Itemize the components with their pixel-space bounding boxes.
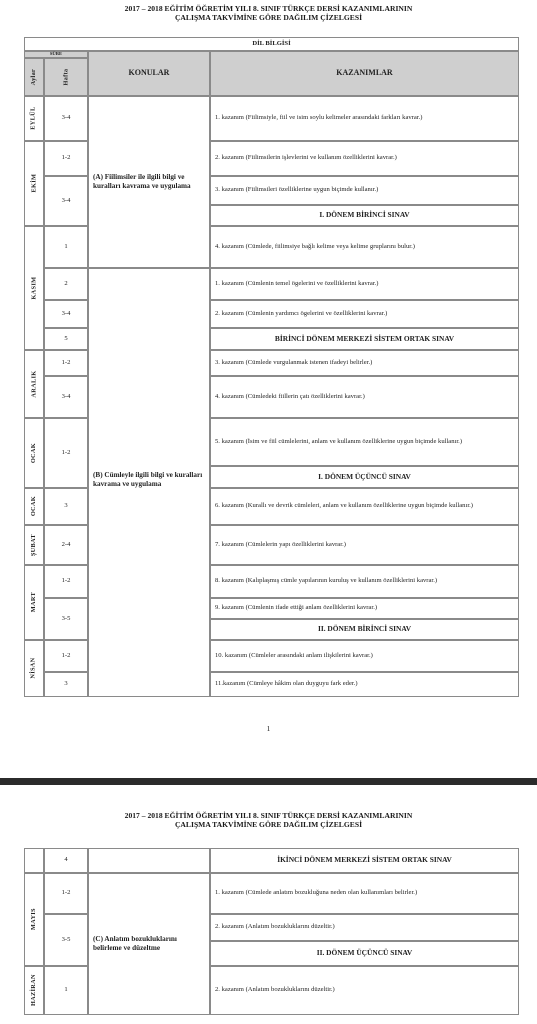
page-separator	[0, 778, 537, 785]
header-aylar-label: Aylar	[30, 69, 38, 85]
month-cell: ŞUBAT	[24, 525, 44, 565]
month-cell: HAZİRAN	[24, 966, 44, 1015]
header-kazanimlar: KAZANIMLAR	[210, 51, 519, 96]
week-cell: 3-4	[44, 300, 88, 328]
topic-cell: (C) Anlatım bozukluklarını belirleme ve …	[88, 873, 210, 1015]
week-cell: 1-2	[44, 565, 88, 598]
kazanim-cell: 2. kazanım (Anlatım bozukluklarını düzel…	[210, 966, 519, 1015]
exam-row: I. DÖNEM BİRİNCİ SINAV	[210, 205, 519, 226]
month-cell-label: MART	[30, 592, 38, 612]
document-title-line1-page2: 2017 – 2018 EĞİTİM ÖĞRETİM YILI 8. SINIF…	[0, 811, 537, 820]
header-aylar: Aylar	[24, 58, 44, 96]
month-cell: NİSAN	[24, 640, 44, 697]
header-hafta-label: Hafta	[62, 69, 70, 86]
topic-cell: (A) Fiilimsiler ile ilgili bilgi ve kura…	[88, 96, 210, 268]
kazanim-cell: 9. kazanım (Cümlenin ifade ettiği anlam …	[210, 598, 519, 619]
topic-cell-empty	[88, 848, 210, 873]
kazanim-cell: 5. kazanım (İsim ve fiil cümlelerini, an…	[210, 418, 519, 466]
exam-row: BİRİNCİ DÖNEM MERKEZİ SİSTEM ORTAK SINAV	[210, 328, 519, 350]
month-cell-label: MAYIS	[30, 909, 38, 931]
month-cell-label: EYLÜL	[30, 107, 38, 130]
topic-cell: (B) Cümleyle ilgili bilgi ve kuralları k…	[88, 268, 210, 697]
month-cell-empty	[24, 848, 44, 873]
week-cell: 3-5	[44, 598, 88, 640]
month-cell: KASIM	[24, 226, 44, 350]
week-cell: 1-2	[44, 873, 88, 914]
exam-row: II. DÖNEM ÜÇÜNCÜ SINAV	[210, 941, 519, 966]
month-cell: MART	[24, 565, 44, 640]
month-cell-label: EKİM	[30, 174, 38, 193]
kazanim-cell: 1. kazanım (Cümlede anlatım bozukluğuna …	[210, 873, 519, 914]
month-cell: ARALIK	[24, 350, 44, 418]
month-cell: MAYIS	[24, 873, 44, 966]
kazanim-cell: 6. kazanım (Kurallı ve devrik cümleleri,…	[210, 488, 519, 525]
week-cell: 3-4	[44, 176, 88, 226]
kazanim-cell: 1. kazanım (Fiilimsiyle, fiil ve isim so…	[210, 96, 519, 141]
kazanim-cell: 11.kazanım (Cümleye hâkim olan duyguyu f…	[210, 672, 519, 697]
month-cell: EKİM	[24, 141, 44, 226]
exam-row: İKİNCİ DÖNEM MERKEZİ SİSTEM ORTAK SINAV	[210, 848, 519, 873]
document-title-line2-page2: ÇALIŞMA TAKVİMİNE GÖRE DAĞILIM ÇİZELGESİ	[0, 820, 537, 829]
month-cell-label: KASIM	[30, 277, 38, 300]
kazanim-cell: 4. kazanım (Cümlede, fiilimsiye bağlı ke…	[210, 226, 519, 268]
week-cell: 2	[44, 268, 88, 300]
month-cell: EYLÜL	[24, 96, 44, 141]
kazanim-cell: 2. kazanım (Anlatım bozukluklarını düzel…	[210, 914, 519, 941]
page-number: 1	[0, 724, 537, 733]
week-cell: 3-4	[44, 376, 88, 418]
month-cell: OCAK	[24, 488, 44, 525]
week-cell: 3-5	[44, 914, 88, 966]
week-cell: 3-4	[44, 96, 88, 141]
exam-row: I. DÖNEM ÜÇÜNCÜ SINAV	[210, 466, 519, 488]
kazanim-cell: 1. kazanım (Cümlenin temel ögelerini ve …	[210, 268, 519, 300]
month-cell-label: NİSAN	[30, 658, 38, 679]
kazanim-cell: 7. kazanım (Cümlelerin yapı özelliklerin…	[210, 525, 519, 565]
month-cell-label: OCAK	[30, 443, 38, 463]
month-cell: OCAK	[24, 418, 44, 488]
kazanim-cell: 2. kazanım (Fiilimsilerin işlevlerini ve…	[210, 141, 519, 176]
week-cell: 1-2	[44, 640, 88, 672]
exam-row: II. DÖNEM BİRİNCİ SINAV	[210, 619, 519, 640]
kazanim-cell: 3. kazanım (Cümlede vurgulanmak istenen …	[210, 350, 519, 376]
week-cell: 1-2	[44, 418, 88, 488]
kazanim-cell: 3. kazanım (Fiilimsileri özelliklerine u…	[210, 176, 519, 205]
document-title-line1: 2017 – 2018 EĞİTİM ÖĞRETİM YILI 8. SINIF…	[0, 4, 537, 13]
header-sure: SÜRE	[24, 51, 88, 58]
week-cell: 3	[44, 672, 88, 697]
week-cell: 1-2	[44, 141, 88, 176]
month-cell-label: OCAK	[30, 496, 38, 516]
week-cell: 3	[44, 488, 88, 525]
month-cell-label: ARALIK	[30, 370, 38, 397]
section-title: DİL BİLGİSİ	[24, 37, 519, 51]
week-cell: 5	[44, 328, 88, 350]
month-cell-label: HAZİRAN	[30, 975, 38, 1007]
kazanim-cell: 8. kazanım (Kalıplaşmış cümle yapılarını…	[210, 565, 519, 598]
header-hafta: Hafta	[44, 58, 88, 96]
kazanim-cell: 4. kazanım (Cümledeki fiillerin çatı öze…	[210, 376, 519, 418]
kazanim-cell: 2. kazanım (Cümlenin yardımcı ögelerini …	[210, 300, 519, 328]
week-cell: 1	[44, 226, 88, 268]
week-cell: 2-4	[44, 525, 88, 565]
kazanim-cell: 10. kazanım (Cümleler arasındaki anlam i…	[210, 640, 519, 672]
document-title-line2: ÇALIŞMA TAKVİMİNE GÖRE DAĞILIM ÇİZELGESİ	[0, 13, 537, 22]
week-cell: 1-2	[44, 350, 88, 376]
month-cell-label: ŞUBAT	[30, 534, 38, 556]
week-cell: 4	[44, 848, 88, 873]
week-cell: 1	[44, 966, 88, 1015]
header-konular: KONULAR	[88, 51, 210, 96]
